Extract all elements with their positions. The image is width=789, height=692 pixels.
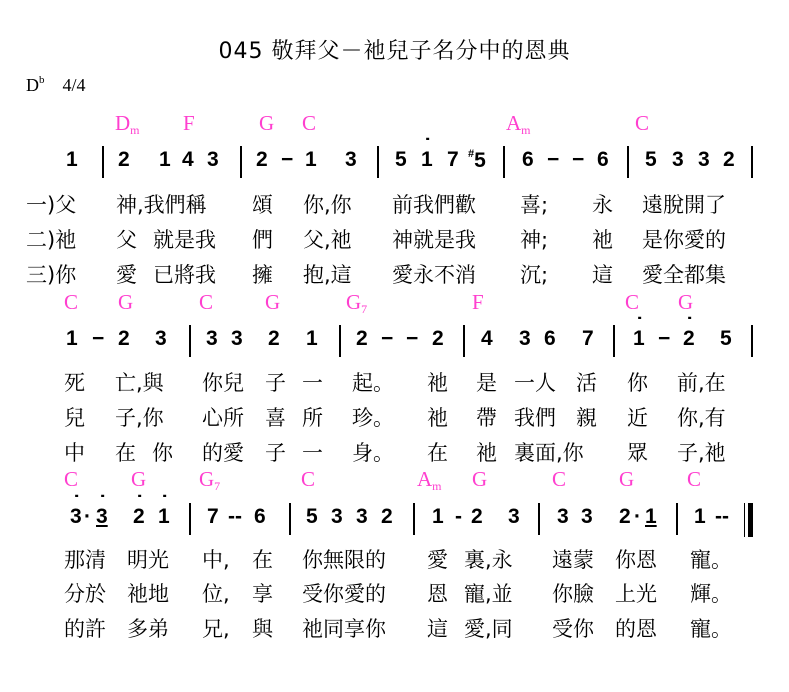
bar-line: [538, 503, 540, 535]
lyric-text: 親: [576, 402, 597, 432]
note-digit: 1: [633, 327, 645, 350]
lyric-text: 你恩: [615, 544, 657, 574]
chord-quality: m: [130, 123, 139, 137]
chord-root: G: [619, 467, 634, 491]
jianpu-note: 5: [645, 148, 657, 172]
jianpu-note: 2: [356, 327, 368, 351]
chord-symbol: C: [625, 290, 639, 315]
lyric-text: 亡,與: [115, 367, 164, 397]
jianpu-note: 3: [155, 327, 167, 351]
lyric-text: 是你愛的: [642, 224, 726, 254]
note-digit: 3: [206, 327, 218, 350]
lyric-text: 兄,: [202, 613, 230, 643]
chord-quality: m: [432, 479, 441, 493]
lyric-text: 父: [116, 224, 137, 254]
lyric-text: 中: [64, 437, 85, 467]
lyric-text: 祂: [592, 224, 613, 254]
chord-symbol: F: [472, 290, 484, 315]
note-digit: 1: [66, 148, 78, 171]
chord-symbol: G: [678, 290, 693, 315]
lyric-text: 你: [627, 367, 648, 397]
lyric-text: 的許: [64, 613, 106, 643]
jianpu-note: 6: [544, 327, 556, 351]
note-digit: 2: [268, 327, 280, 350]
note-digit: -: [455, 505, 462, 528]
lyric-text: 遠蒙: [552, 544, 594, 574]
lyric-text: 喜: [265, 402, 286, 432]
jianpu-note: 3: [231, 327, 243, 351]
note-digit: 3: [155, 327, 167, 350]
lyric-text: 裏面,你: [514, 437, 584, 467]
lyric-text: 祂: [427, 402, 448, 432]
lyric-text: 珍。: [352, 402, 394, 432]
jianpu-note: 2: [683, 327, 695, 351]
lyric-text: 你,你: [303, 189, 352, 219]
lyric-text: 所: [302, 402, 323, 432]
jianpu-note: --: [715, 505, 729, 529]
chord-root: C: [301, 467, 315, 491]
note-digit: 5: [720, 327, 732, 350]
lyric-text: 愛: [427, 544, 448, 574]
note-digit: 5: [395, 148, 407, 171]
jianpu-note: 1: [66, 148, 78, 172]
jianpu-note: 1: [645, 505, 657, 529]
lyric-text: 愛,同: [464, 613, 513, 643]
jianpu-note: 3: [508, 505, 520, 529]
lyric-text: 在: [115, 437, 136, 467]
jianpu-note: −: [572, 148, 584, 172]
song-title: 045 敬拜父－祂兒子名分中的恩典: [0, 34, 789, 65]
jianpu-note: −: [547, 148, 559, 172]
final-barline-thick: [748, 503, 753, 537]
note-digit: 3: [356, 505, 368, 528]
chord-symbol: Am: [506, 111, 531, 138]
jianpu-note: 3: [206, 327, 218, 351]
lyric-text: 祂: [427, 367, 448, 397]
note-digit: 2: [432, 327, 444, 350]
chord-root: C: [552, 467, 566, 491]
chord-root: G: [472, 467, 487, 491]
chord-symbol: G: [259, 111, 274, 136]
note-digit: 1: [159, 148, 171, 171]
lyric-text: 享: [252, 578, 273, 608]
jianpu-note: 6: [254, 505, 266, 529]
chord-symbol: G: [265, 290, 280, 315]
note-digit: 4: [481, 327, 493, 350]
chord-root: G: [259, 111, 274, 135]
jianpu-note: 5: [306, 505, 318, 529]
jianpu-note: −: [658, 327, 670, 351]
chord-symbol: G: [131, 467, 146, 492]
chord-root: G: [199, 467, 214, 491]
lyric-text: 中,: [202, 544, 230, 574]
jianpu-note: 3: [672, 148, 684, 172]
jianpu-note: 1: [432, 505, 444, 529]
chord-symbol: C: [301, 467, 315, 492]
note-digit: --: [715, 505, 729, 528]
bar-line: [339, 325, 341, 357]
lyric-text: 子,你: [115, 402, 164, 432]
chord-root: C: [687, 467, 701, 491]
lyric-text: 位,: [202, 578, 230, 608]
chord-root: C: [302, 111, 316, 135]
note-digit: 4: [182, 148, 194, 171]
lyric-text: 那清: [64, 544, 106, 574]
chord-root: A: [506, 111, 521, 135]
lyric-text: 遠脫開了: [642, 189, 726, 219]
lyric-text: 你兒: [202, 367, 244, 397]
jianpu-note: 6: [597, 148, 609, 172]
lyric-text: 頌: [252, 189, 273, 219]
lyric-text: 裏,永: [464, 544, 513, 574]
bar-line: [189, 325, 191, 357]
lyric-text: 一人: [514, 367, 556, 397]
lyric-text: 在: [427, 437, 448, 467]
jianpu-note: 7: [447, 148, 459, 172]
lyric-text: 明光: [127, 544, 169, 574]
note-digit: 3: [345, 148, 357, 171]
note-digit: 1: [432, 505, 444, 528]
note-digit: 7: [207, 505, 219, 528]
jianpu-note: 5: [720, 327, 732, 351]
note-digit: 6: [544, 327, 556, 350]
lyric-text: 眾: [627, 437, 648, 467]
lyric-text: 就是我: [153, 224, 216, 254]
chord-symbol: C: [687, 467, 701, 492]
jianpu-note: -: [455, 505, 462, 529]
jianpu-note: 3: [345, 148, 357, 172]
jianpu-note: −: [406, 327, 418, 351]
lyric-text: 已將我: [153, 259, 216, 289]
lyric-text: 父,祂: [303, 224, 352, 254]
note-digit: 6: [254, 505, 266, 528]
time-signature: 4/4: [63, 75, 86, 95]
lyric-text: 喜;: [520, 189, 548, 219]
note-digit: --: [228, 505, 242, 528]
chord-symbol: C: [64, 290, 78, 315]
jianpu-note: −: [281, 148, 293, 172]
jianpu-note: 4: [481, 327, 493, 351]
jianpu-note: ·: [634, 505, 641, 529]
note-digit: 3: [231, 327, 243, 350]
lyric-text: 活: [576, 367, 597, 397]
note-digit: 2: [381, 505, 393, 528]
jianpu-note: 2: [118, 148, 130, 172]
note-digit: 1: [158, 505, 170, 528]
final-barline-thin: [744, 503, 745, 537]
chord-symbol: Am: [417, 467, 442, 494]
jianpu-note: 3: [519, 327, 531, 351]
note-digit: 2: [619, 505, 631, 528]
note-digit: 1: [645, 505, 657, 528]
jianpu-note: 3: [70, 505, 82, 529]
chord-symbol: F: [183, 111, 195, 136]
note-digit: 2: [356, 327, 368, 350]
bar-line: [189, 503, 191, 535]
note-digit: 3: [519, 327, 531, 350]
note-digit: −: [406, 327, 418, 350]
note-digit: −: [572, 148, 584, 171]
lyric-text: 二)祂: [26, 224, 76, 254]
chord-symbol: G7: [199, 467, 220, 494]
note-digit: 3: [672, 148, 684, 171]
note-digit: 3: [70, 505, 82, 528]
lyric-text: 祂同享你: [302, 613, 386, 643]
note-digit: 3: [557, 505, 569, 528]
chord-root: C: [625, 290, 639, 314]
note-digit: 3: [581, 505, 593, 528]
chord-symbol: C: [552, 467, 566, 492]
chord-quality: m: [521, 123, 530, 137]
chord-root: F: [183, 111, 195, 135]
note-digit: −: [547, 148, 559, 171]
note-digit: 2: [471, 505, 483, 528]
jianpu-note: 7: [207, 505, 219, 529]
lyric-text: 永: [592, 189, 613, 219]
lyric-text: 近: [627, 402, 648, 432]
lyric-text: 你: [152, 437, 173, 467]
note-digit: 5: [306, 505, 318, 528]
note-digit: 3: [96, 505, 108, 528]
jianpu-note: 1: [633, 327, 645, 351]
key-signature: Db4/4: [26, 74, 86, 96]
lyric-text: 受你愛的: [302, 578, 386, 608]
chord-root: G: [118, 290, 133, 314]
note-digit: 2: [133, 505, 145, 528]
note-digit: ·: [84, 505, 91, 528]
lyric-text: 這: [427, 613, 448, 643]
bar-line: [463, 325, 465, 357]
chord-symbol: G7: [346, 290, 367, 317]
jianpu-note: 1: [158, 505, 170, 529]
chord-quality: 7: [361, 302, 367, 316]
jianpu-note: 3: [581, 505, 593, 529]
jianpu-note: 2: [268, 327, 280, 351]
jianpu-note: 3: [557, 505, 569, 529]
note-digit: 1: [66, 327, 78, 350]
lyric-text: 擁: [252, 259, 273, 289]
chord-root: F: [472, 290, 484, 314]
bar-line: [613, 325, 615, 357]
bar-line: [751, 146, 753, 178]
lyric-text: 一: [302, 367, 323, 397]
note-digit: 1: [305, 148, 317, 171]
bar-line: [413, 503, 415, 535]
note-digit: 3: [698, 148, 710, 171]
note-digit: 3: [207, 148, 219, 171]
chord-symbol: C: [302, 111, 316, 136]
note-digit: 3: [508, 505, 520, 528]
note-digit: 1: [694, 505, 706, 528]
note-digit: 7: [582, 327, 594, 350]
note-digit: 2: [723, 148, 735, 171]
jianpu-note: 5: [395, 148, 407, 172]
note-digit: −: [381, 327, 393, 350]
lyric-text: 們: [252, 224, 273, 254]
jianpu-note: 1: [66, 327, 78, 351]
jianpu-note: 4: [182, 148, 194, 172]
lyric-text: 一)父: [26, 189, 76, 219]
jianpu-note: 6: [522, 148, 534, 172]
jianpu-note: −: [92, 327, 104, 351]
lyric-text: 分於: [64, 578, 106, 608]
lyric-text: 恩: [427, 578, 448, 608]
bar-line: [240, 146, 242, 178]
chord-root: G: [131, 467, 146, 491]
chord-symbol: G: [472, 467, 487, 492]
lyric-text: 神就是我: [392, 224, 476, 254]
jianpu-note: 2: [118, 327, 130, 351]
note-digit: 5: [645, 148, 657, 171]
chord-root: C: [199, 290, 213, 314]
jianpu-note: #5: [468, 148, 486, 173]
jianpu-note: 1: [694, 505, 706, 529]
jianpu-note: 2: [133, 505, 145, 529]
note-digit: 6: [597, 148, 609, 171]
jianpu-note: 3: [331, 505, 343, 529]
bar-line: [503, 146, 505, 178]
note-digit: 1: [421, 148, 433, 171]
lyric-text: 的恩: [615, 613, 657, 643]
lyric-text: 起。: [352, 367, 394, 397]
jianpu-note: 2: [432, 327, 444, 351]
jianpu-note: 2: [619, 505, 631, 529]
chord-symbol: C: [64, 467, 78, 492]
lyric-text: 死: [64, 367, 85, 397]
jianpu-note: 2: [381, 505, 393, 529]
chord-root: C: [64, 290, 78, 314]
lyric-text: 的愛: [202, 437, 244, 467]
lyric-text: 你無限的: [302, 544, 386, 574]
bar-line: [676, 503, 678, 535]
chord-root: A: [417, 467, 432, 491]
chord-root: C: [635, 111, 649, 135]
lyric-text: 子: [265, 437, 286, 467]
jianpu-note: 2: [723, 148, 735, 172]
lyric-text: 兒: [64, 402, 85, 432]
chord-root: G: [678, 290, 693, 314]
lyric-text: 多弟: [127, 613, 169, 643]
note-digit: 1: [306, 327, 318, 350]
note-digit: 6: [522, 148, 534, 171]
lyric-text: 神,我們稱: [116, 189, 207, 219]
jianpu-note: 7: [582, 327, 594, 351]
lyric-text: 沉;: [520, 259, 548, 289]
lyric-text: 我們: [514, 402, 556, 432]
bar-line: [102, 146, 104, 178]
chord-symbol: Dm: [115, 111, 140, 138]
note-digit: ·: [634, 505, 641, 528]
note-digit: 2: [256, 148, 268, 171]
lyric-text: 抱,這: [303, 259, 352, 289]
lyric-text: 受你: [552, 613, 594, 643]
lyric-text: 寵。: [690, 544, 732, 574]
note-digit: −: [281, 148, 293, 171]
lyric-text: 愛永不消: [392, 259, 476, 289]
chord-root: D: [115, 111, 130, 135]
lyric-text: 祂: [476, 437, 497, 467]
chord-root: G: [346, 290, 361, 314]
bar-line: [751, 325, 753, 357]
lyric-text: 前我們歡: [392, 189, 476, 219]
jianpu-note: 3: [698, 148, 710, 172]
chord-symbol: G: [619, 467, 634, 492]
lyric-text: 你,有: [677, 402, 726, 432]
lyric-text: 子: [265, 367, 286, 397]
lyric-text: 是: [476, 367, 497, 397]
lyric-text: 祂地: [127, 578, 169, 608]
lyric-text: 身。: [352, 437, 394, 467]
jianpu-note: 3: [356, 505, 368, 529]
jianpu-note: −: [381, 327, 393, 351]
note-digit: 7: [447, 148, 459, 171]
lyric-text: 帶: [476, 402, 497, 432]
bar-line: [377, 146, 379, 178]
lyric-text: 寵,並: [464, 578, 513, 608]
chord-root: G: [265, 290, 280, 314]
lyric-text: 與: [252, 613, 273, 643]
chord-symbol: C: [199, 290, 213, 315]
key-note: D: [26, 75, 39, 95]
jianpu-note: 1: [305, 148, 317, 172]
lyric-text: 輝。: [690, 578, 732, 608]
lyric-text: 神;: [520, 224, 548, 254]
lyric-text: 前,在: [677, 367, 726, 397]
chord-quality: 7: [214, 479, 220, 493]
jianpu-note: 3: [207, 148, 219, 172]
jianpu-note: 1: [421, 148, 433, 172]
lyric-text: 這: [592, 259, 613, 289]
note-digit: 2: [683, 327, 695, 350]
jianpu-note: 1: [159, 148, 171, 172]
lyric-text: 上光: [615, 578, 657, 608]
jianpu-note: 2: [256, 148, 268, 172]
lyric-text: 心所: [202, 402, 244, 432]
chord-symbol: C: [635, 111, 649, 136]
key-flat: b: [39, 74, 45, 86]
lyric-text: 子,祂: [677, 437, 726, 467]
lyric-text: 寵。: [690, 613, 732, 643]
bar-line: [627, 146, 629, 178]
note-digit: −: [92, 327, 104, 350]
note-digit: −: [658, 327, 670, 350]
chord-symbol: G: [118, 290, 133, 315]
note-digit: 2: [118, 327, 130, 350]
jianpu-note: 3: [96, 505, 108, 529]
lyric-text: 愛: [116, 259, 137, 289]
lyric-text: 在: [252, 544, 273, 574]
jianpu-note: 1: [306, 327, 318, 351]
chord-root: C: [64, 467, 78, 491]
bar-line: [289, 503, 291, 535]
lyric-text: 愛全都集: [642, 259, 726, 289]
note-digit: 5: [474, 149, 486, 172]
lyric-text: 三)你: [26, 259, 76, 289]
jianpu-note: --: [228, 505, 242, 529]
lyric-text: 一: [302, 437, 323, 467]
lyric-text: 你臉: [552, 578, 594, 608]
jianpu-note: 2: [471, 505, 483, 529]
jianpu-note: ·: [84, 505, 91, 529]
note-digit: 2: [118, 148, 130, 171]
note-digit: 3: [331, 505, 343, 528]
